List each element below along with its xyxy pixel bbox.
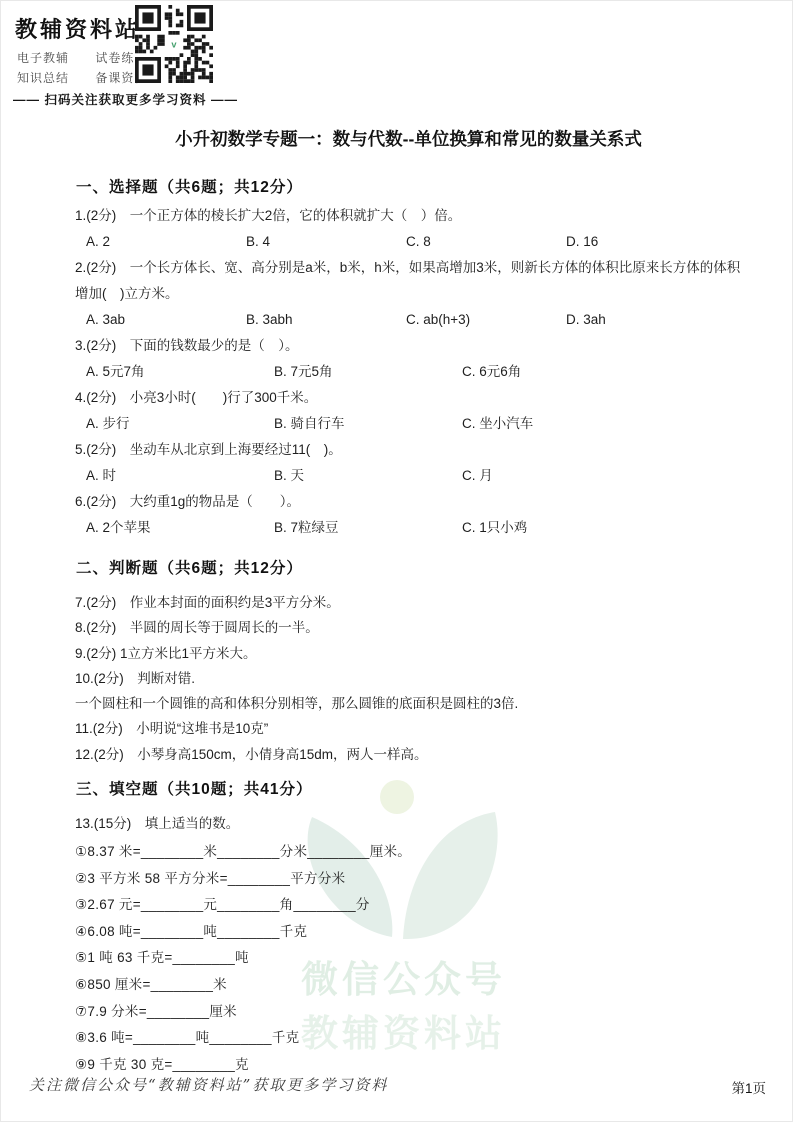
option-a: A. 步行 (86, 411, 274, 437)
question-1-text: 1.(2分) 一个正方体的棱长扩大2倍，它的体积就扩大（ ）倍。 (75, 203, 742, 229)
question-6-text: 6.(2分) 大约重1g的物品是（ ）。 (75, 489, 742, 515)
question-2-text: 2.(2分) 一个长方体长、宽、高分别是a米，b米，h米，如果高增加3米，则新长… (75, 255, 742, 307)
question-2-options: A. 3ab B. 3abh C. ab(h+3) D. 3ah (75, 307, 742, 333)
option-c: C. 1只小鸡 (462, 515, 527, 541)
brand-tag-row-1: 电子教辅 试卷练习 (17, 49, 147, 66)
footer-note: 关注微信公众号“教辅资料站”获取更多学习资料 (29, 1074, 388, 1095)
brand-logo-text: 教辅资料站 (15, 13, 140, 44)
qr-code-icon: v (135, 5, 213, 83)
fill-blank-item-2: ②3 平方米 58 平方分米=________平方分米 (75, 866, 742, 893)
publisher-header: 教辅资料站 电子教辅 试卷练习 知识总结 备课资源 v —— 扫码关注获取更多学… (1, 1, 792, 111)
section-heading-fill: 三、填空题（共10题；共41分） (76, 777, 742, 799)
question-13-text: 13.(15分) 填上适当的数。 (75, 812, 742, 836)
page-number: 第1页 (731, 1077, 766, 1097)
option-d: D. 3ah (566, 307, 606, 333)
option-d: D. 16 (566, 229, 598, 255)
brand-tag: 知识总结 (17, 69, 69, 86)
fill-blank-item-8: ⑧3.6 吨=________吨________千克 (75, 1025, 742, 1052)
page-title: 小升初数学专题一：数与代数--单位换算和常见的数量关系式 (75, 126, 742, 151)
question-7-text: 7.(2分) 作业本封面的面积约是3平方分米。 (75, 590, 742, 615)
option-c: C. 月 (462, 463, 493, 489)
option-a: A. 时 (86, 463, 274, 489)
question-1-options: A. 2 B. 4 C. 8 D. 16 (75, 229, 742, 255)
question-10-continuation: 一个圆柱和一个圆锥的高和体积分别相等，那么圆锥的底面积是圆柱的3倍. (75, 691, 742, 716)
fill-blank-item-5: ⑤1 吨 63 千克=________吨 (75, 945, 742, 972)
question-5-options: A. 时 B. 天 C. 月 (75, 463, 742, 489)
option-a: A. 2 (86, 229, 246, 255)
option-c: C. 6元6角 (462, 359, 521, 385)
option-b: B. 骑自行车 (274, 411, 462, 437)
scan-follow-tagline: —— 扫码关注获取更多学习资料 —— (13, 90, 238, 108)
brand-tag-row-2: 知识总结 备课资源 (17, 69, 147, 86)
option-b: B. 7元5角 (274, 359, 462, 385)
question-4-options: A. 步行 B. 骑自行车 C. 坐小汽车 (75, 411, 742, 437)
fill-blank-item-6: ⑥850 厘米=________米 (75, 972, 742, 999)
option-c: C. 坐小汽车 (462, 411, 533, 437)
question-11-text: 11.(2分) 小明说“这堆书是10克” (75, 716, 742, 741)
option-b: B. 4 (246, 229, 406, 255)
worksheet-page: 微信公众号 教辅资料站 教辅资料站 电子教辅 试卷练习 知识总结 备课资源 v … (0, 0, 793, 1122)
question-3-options: A. 5元7角 B. 7元5角 C. 6元6角 (75, 359, 742, 385)
option-a: A. 2个苹果 (86, 515, 274, 541)
option-c: C. 8 (406, 229, 566, 255)
option-b: B. 7粒绿豆 (274, 515, 462, 541)
option-b: B. 天 (274, 463, 462, 489)
question-8-text: 8.(2分) 半圆的周长等于圆周长的一半。 (75, 615, 742, 640)
fill-blank-item-1: ①8.37 米=________米________分米________厘米。 (75, 839, 742, 866)
option-a: A. 5元7角 (86, 359, 274, 385)
fill-blank-list: ①8.37 米=________米________分米________厘米。 ②… (75, 839, 742, 1078)
fill-blank-item-4: ④6.08 吨=________吨________千克 (75, 919, 742, 946)
question-9-text: 9.(2分) 1立方米比1平方米大。 (75, 641, 742, 666)
section-heading-choice: 一、选择题（共6题；共12分） (76, 175, 742, 197)
svg-text:v: v (171, 39, 177, 49)
question-6-options: A. 2个苹果 B. 7粒绿豆 C. 1只小鸡 (75, 515, 742, 541)
option-b: B. 3abh (246, 307, 406, 333)
question-3-text: 3.(2分) 下面的钱数最少的是（ ）。 (75, 333, 742, 359)
question-4-text: 4.(2分) 小亮3小时( )行了300千米。 (75, 385, 742, 411)
question-12-text: 12.(2分) 小琴身高150cm，小倩身高15dm，两人一样高。 (75, 742, 742, 767)
brand-tag: 电子教辅 (17, 49, 69, 66)
option-c: C. ab(h+3) (406, 307, 566, 333)
option-a: A. 3ab (86, 307, 246, 333)
fill-blank-item-3: ③2.67 元=________元________角________分 (75, 892, 742, 919)
judge-question-list: 7.(2分) 作业本封面的面积约是3平方分米。 8.(2分) 半圆的周长等于圆周… (75, 590, 742, 767)
question-10-text: 10.(2分) 判断对错. (75, 666, 742, 691)
question-5-text: 5.(2分) 坐动车从北京到上海要经过11( )。 (75, 437, 742, 463)
section-heading-judge: 二、判断题（共6题；共12分） (76, 556, 742, 578)
fill-blank-item-7: ⑦7.9 分米=________厘米 (75, 999, 742, 1026)
